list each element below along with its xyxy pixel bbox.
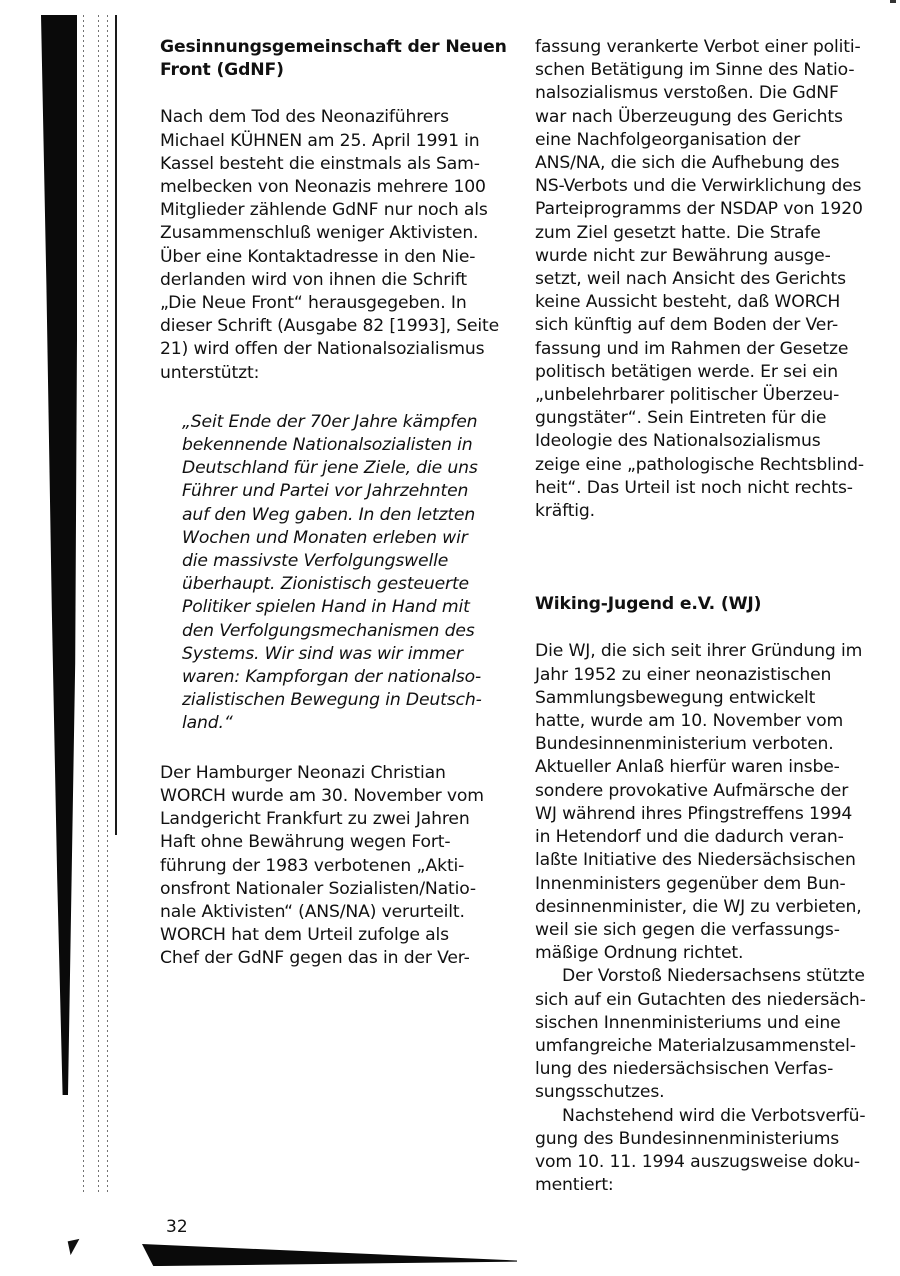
text-line: sich auf ein Gutachten des niedersäch-	[535, 989, 885, 1012]
text-line: Landgericht Frankfurt zu zwei Jahren	[160, 808, 510, 831]
text-line: setzt, weil nach Ansicht des Gerichts	[535, 268, 885, 291]
text-line: dieser Schrift (Ausgabe 82 [1993], Seite	[160, 315, 510, 338]
paragraph-wj-intro: Die WJ, die sich seit ihrer Gründung im …	[535, 640, 885, 965]
text-line: Chef der GdNF gegen das in der Ver-	[160, 947, 510, 970]
text-line: Jahr 1952 zu einer neonazistischen	[535, 664, 885, 687]
text-line: WJ während ihres Pfingstreffens 1994	[535, 803, 885, 826]
text-line: fassung und im Rahmen der Gesetze	[535, 338, 885, 361]
text-line: schen Betätigung im Sinne des Natio-	[535, 59, 885, 82]
text-line: Zusammenschluß weniger Aktivisten.	[160, 222, 510, 245]
corner-mark-icon	[68, 1239, 83, 1255]
text-line: ANS/NA, die sich die Aufhebung des	[535, 152, 885, 175]
quote-line: Politiker spielen Hand in Hand mit	[182, 596, 510, 619]
text-line: mentiert:	[535, 1174, 885, 1197]
text-line: führung der 1983 verbotenen „Akti-	[160, 855, 510, 878]
text-line: Nachstehend wird die Verbotsverfü-	[535, 1105, 885, 1128]
text-line: nale Aktivisten“ (ANS/NA) verurteilt.	[160, 901, 510, 924]
right-column: fassung verankerte Verbot einer politi- …	[535, 36, 885, 1197]
paragraph-gdnf-intro: Nach dem Tod des Neonaziführers Michael …	[160, 106, 510, 384]
text-line: keine Aussicht besteht, daß WORCH	[535, 291, 885, 314]
text-line: zum Ziel gesetzt hatte. Die Strafe	[535, 222, 885, 245]
text-line: heit“. Das Urteil ist noch nicht rechts-	[535, 477, 885, 500]
text-line: unterstützt:	[160, 362, 510, 385]
paragraph-worch-continued: fassung verankerte Verbot einer politi- …	[535, 36, 885, 523]
text-line: fassung verankerte Verbot einer politi-	[535, 36, 885, 59]
quote-line: auf den Weg gaben. In den letzten	[182, 504, 510, 527]
left-column: Gesinnungsgemeinschaft der Neuen Front (…	[160, 36, 510, 971]
scan-dotted-line	[83, 15, 84, 1195]
text-line: weil sie sich gegen die verfassungs-	[535, 919, 885, 942]
text-line: desinnenminister, die WJ zu verbieten,	[535, 896, 885, 919]
text-line: Haft ohne Bewährung wegen Fort-	[160, 831, 510, 854]
text-line: WORCH wurde am 30. November vom	[160, 785, 510, 808]
text-line: Der Vorstoß Niedersachsens stützte	[535, 965, 885, 988]
text-line: sich künftig auf dem Boden der Ver-	[535, 314, 885, 337]
quote-line: waren: Kampforgan der nationalso-	[182, 666, 510, 689]
text-line: Innenministers gegenüber dem Bun-	[535, 873, 885, 896]
text-line: Parteiprogramms der NSDAP von 1920	[535, 198, 885, 221]
section-heading-wj: Wiking-Jugend e.V. (WJ)	[535, 593, 885, 616]
text-line: Der Hamburger Neonazi Christian	[160, 762, 510, 785]
scan-dotted-line	[107, 15, 108, 1195]
text-line: „Die Neue Front“ herausgegeben. In	[160, 292, 510, 315]
quote-line: zialistischen Bewegung in Deutsch-	[182, 689, 510, 712]
text-line: gung des Bundesinnenministeriums	[535, 1128, 885, 1151]
heading-line: Gesinnungsgemeinschaft der Neuen	[160, 36, 510, 59]
heading-line: Wiking-Jugend e.V. (WJ)	[535, 593, 885, 616]
quote-line: die massivste Verfolgungswelle	[182, 550, 510, 573]
quote-line: „Seit Ende der 70er Jahre kämpfen	[182, 411, 510, 434]
text-line: Bundesinnenministerium verboten.	[535, 733, 885, 756]
text-line: melbecken von Neonazis mehrere 100	[160, 176, 510, 199]
text-line: Mitglieder zählende GdNF nur noch als	[160, 199, 510, 222]
text-line: gungstäter“. Sein Eintreten für die	[535, 407, 885, 430]
text-line: onsfront Nationaler Sozialisten/Natio-	[160, 878, 510, 901]
text-line: Sammlungsbewegung entwickelt	[535, 687, 885, 710]
scan-bottom-shadow	[142, 1244, 517, 1266]
text-line: sischen Innenministeriums und eine	[535, 1012, 885, 1035]
paragraph-worch: Der Hamburger Neonazi Christian WORCH wu…	[160, 762, 510, 971]
text-line: Ideologie des Nationalsozialismus	[535, 430, 885, 453]
text-line: derlanden wird von ihnen die Schrift	[160, 269, 510, 292]
text-line: laßte Initiative des Niedersächsischen	[535, 849, 885, 872]
page-number: 32	[166, 1217, 188, 1237]
scan-edge-shadow	[41, 15, 77, 1095]
quote-line: Wochen und Monaten erleben wir	[182, 527, 510, 550]
text-line: Aktueller Anlaß hierfür waren insbe-	[535, 756, 885, 779]
quote-line: den Verfolgungsmechanismen des	[182, 620, 510, 643]
text-line: zeige eine „pathologische Rechtsblind-	[535, 454, 885, 477]
text-line: 21) wird offen der Nationalsozialismus	[160, 338, 510, 361]
text-line: Nach dem Tod des Neonaziführers	[160, 106, 510, 129]
text-line: WORCH hat dem Urteil zufolge als	[160, 924, 510, 947]
text-line: nalsozialismus verstoßen. Die GdNF	[535, 82, 885, 105]
text-line: mäßige Ordnung richtet.	[535, 942, 885, 965]
text-line: umfangreiche Materialzusammenstel-	[535, 1035, 885, 1058]
quote-line: überhaupt. Zionistisch gesteuerte	[182, 573, 510, 596]
text-line: Kassel besteht die einstmals als Sam-	[160, 153, 510, 176]
text-line: wurde nicht zur Bewährung ausge-	[535, 245, 885, 268]
quote-line: land.“	[182, 712, 510, 735]
quote-line: Systems. Wir sind was wir immer	[182, 643, 510, 666]
text-line: eine Nachfolgeorganisation der	[535, 129, 885, 152]
quote-line: bekennende Nationalsozialisten in	[182, 434, 510, 457]
text-line: sondere provokative Aufmärsche der	[535, 780, 885, 803]
quote-line: Deutschland für jene Ziele, die uns	[182, 457, 510, 480]
text-line: hatte, wurde am 10. November vom	[535, 710, 885, 733]
section-heading-gdnf: Gesinnungsgemeinschaft der Neuen Front (…	[160, 36, 510, 82]
paragraph-nachstehend: Nachstehend wird die Verbotsverfü- gung …	[535, 1105, 885, 1198]
text-line: politisch betätigen werde. Er sei ein	[535, 361, 885, 384]
paragraph-vorstoss: Der Vorstoß Niedersachsens stützte sich …	[535, 965, 885, 1104]
quote-line: Führer und Partei vor Jahrzehnten	[182, 480, 510, 503]
text-line: sungsschutzes.	[535, 1081, 885, 1104]
scan-margin-line	[115, 15, 117, 835]
heading-line: Front (GdNF)	[160, 59, 510, 82]
text-line: war nach Überzeugung des Gerichts	[535, 106, 885, 129]
text-line: Michael KÜHNEN am 25. April 1991 in	[160, 130, 510, 153]
text-line: Die WJ, die sich seit ihrer Gründung im	[535, 640, 885, 663]
text-line: „unbelehrbarer politischer Überzeu-	[535, 384, 885, 407]
text-line: in Hetendorf und die dadurch veran-	[535, 826, 885, 849]
text-line: vom 10. 11. 1994 auszugsweise doku-	[535, 1151, 885, 1174]
text-line: kräftig.	[535, 500, 885, 523]
text-line: lung des niedersächsischen Verfas-	[535, 1058, 885, 1081]
scan-dotted-line	[98, 15, 99, 1195]
text-line: NS-Verbots und die Verwirklichung des	[535, 175, 885, 198]
scan-speck	[890, 0, 896, 3]
text-line: Über eine Kontaktadresse in den Nie-	[160, 246, 510, 269]
block-quote: „Seit Ende der 70er Jahre kämpfen bekenn…	[160, 411, 510, 736]
